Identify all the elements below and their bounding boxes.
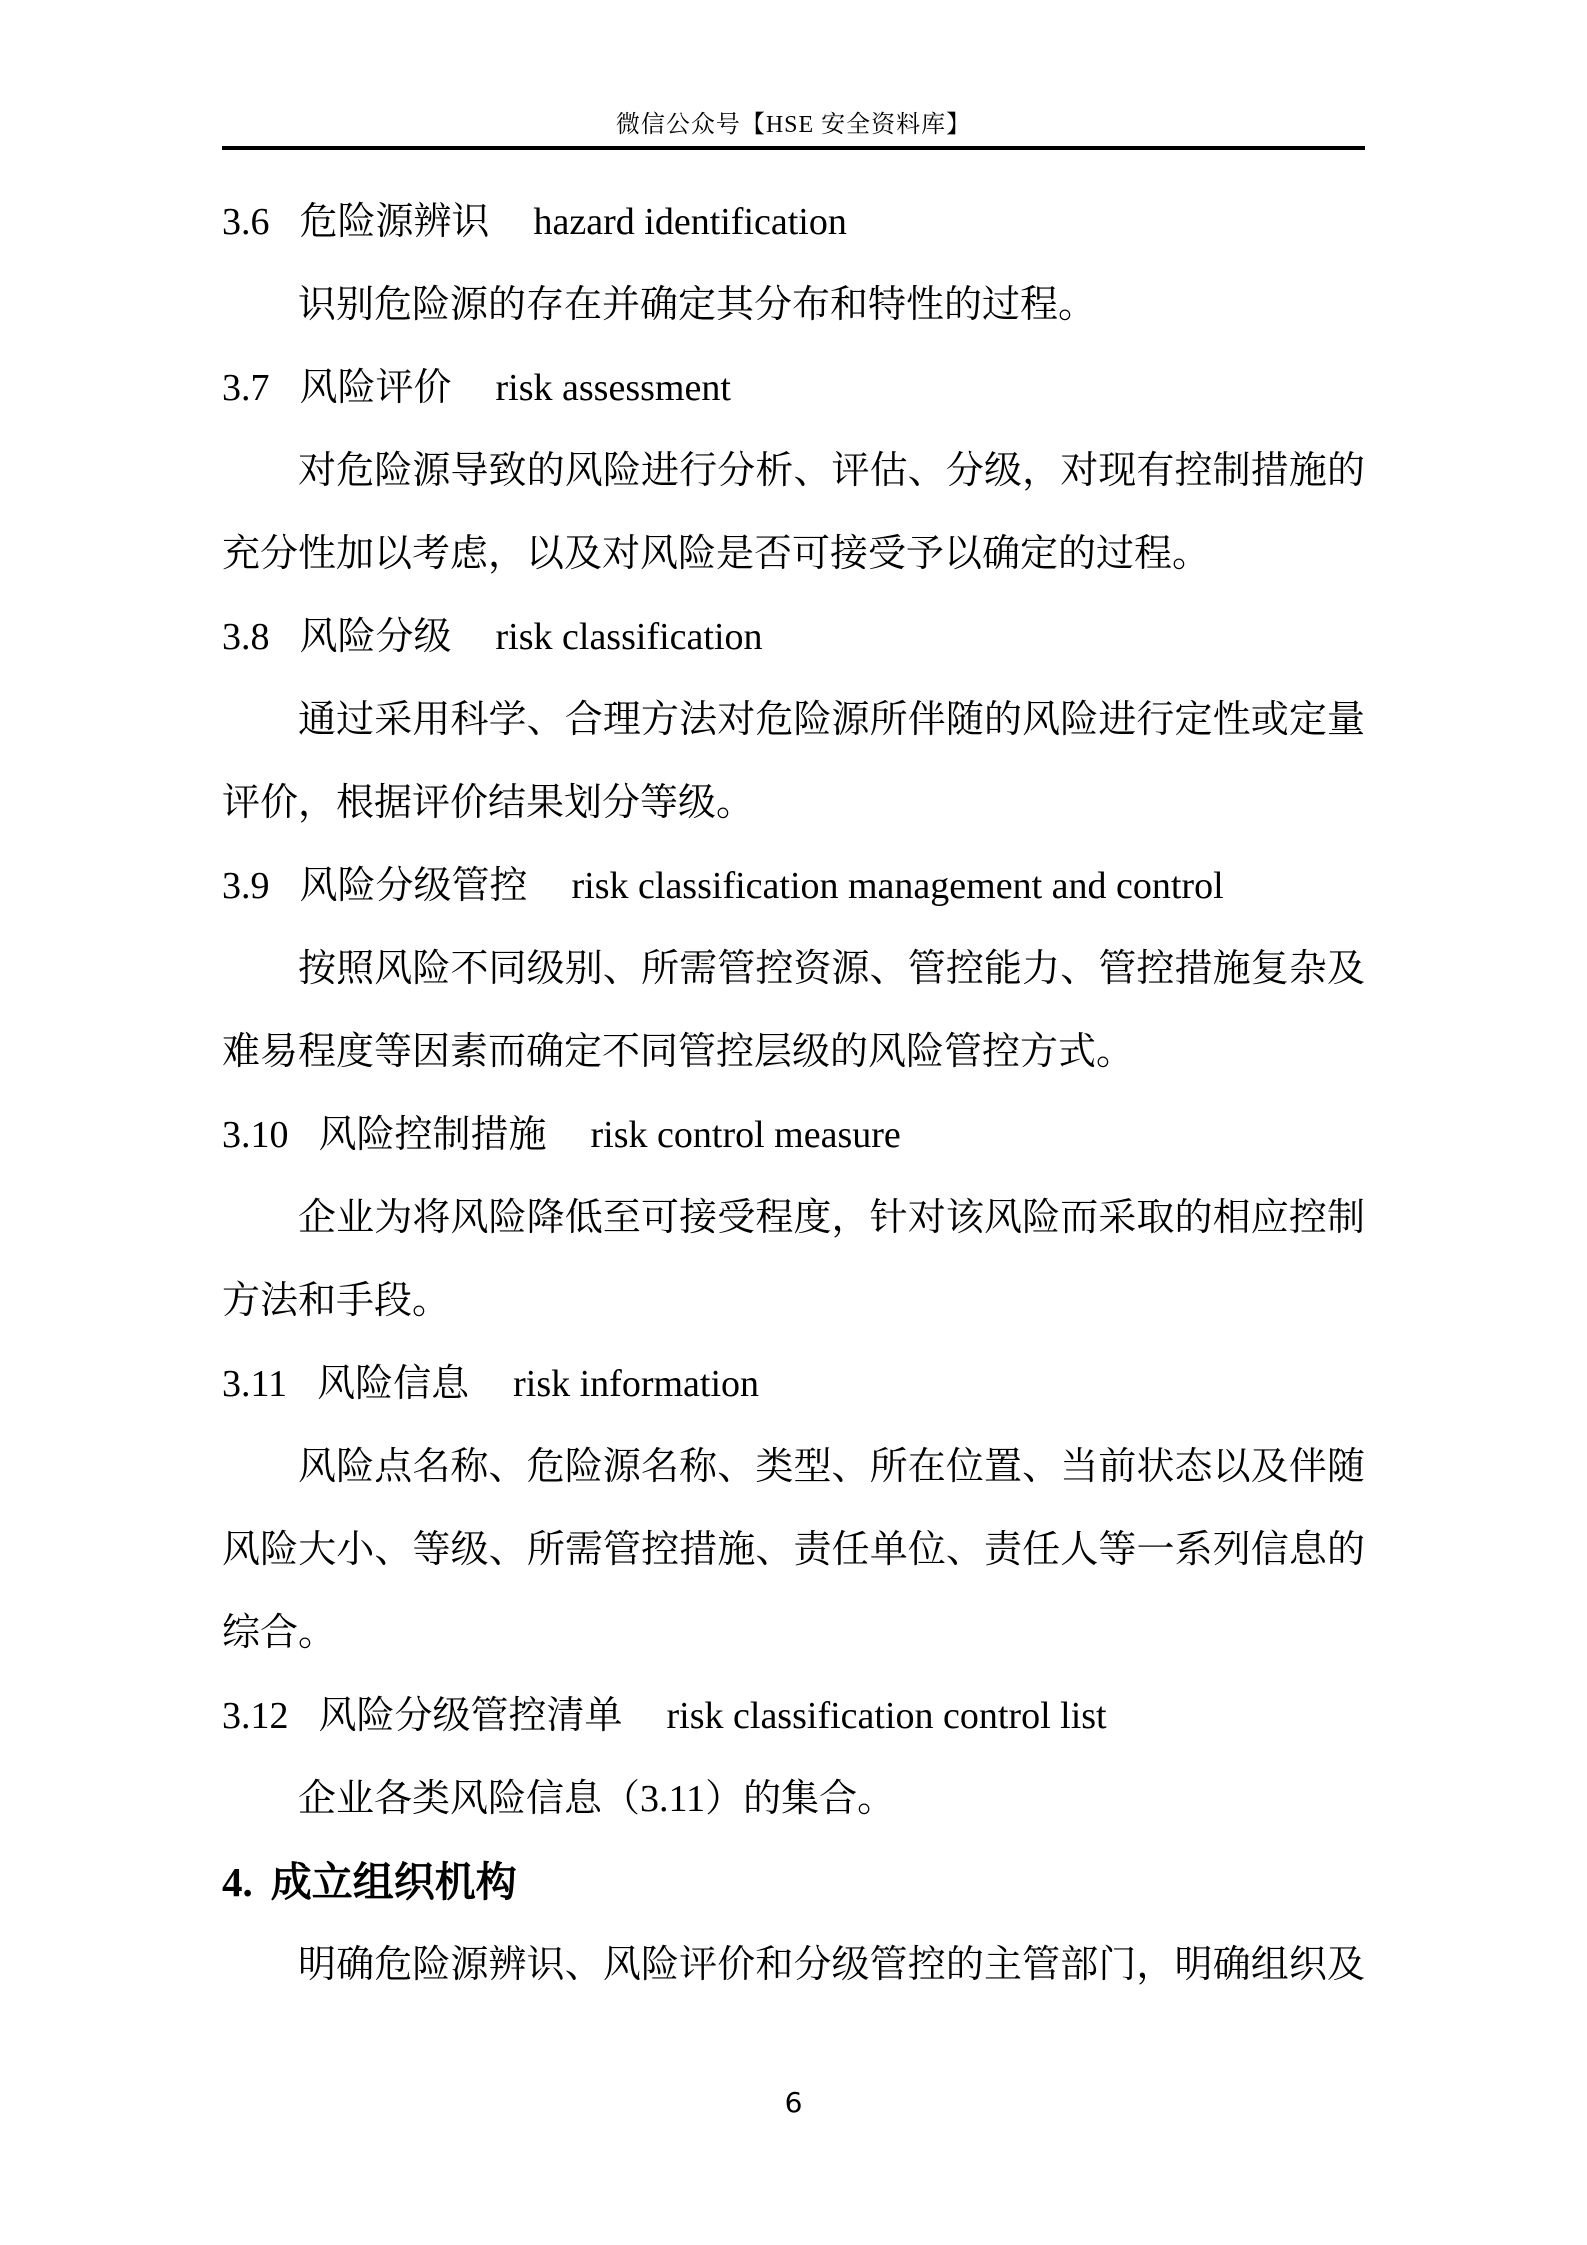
page-header-text: 微信公众号【HSE 安全资料库】 (0, 104, 1587, 139)
body-line: 按照风险不同级别、所需管控资源、管控能力、管控措施复杂及 (222, 928, 1365, 1011)
term-english: risk control measure (591, 1114, 901, 1156)
body-line: 风险点名称、危险源名称、类型、所在位置、当前状态以及伴随 (222, 1426, 1365, 1509)
body-line: 充分性加以考虑，以及对风险是否可接受予以确定的过程。 (222, 513, 1365, 596)
body-line: 综合。 (222, 1592, 1365, 1675)
body-line: 通过采用科学、合理方法对危险源所伴随的风险进行定性或定量 (222, 679, 1365, 762)
section-number: 3.11 (222, 1363, 287, 1405)
term-chinese: 风险信息 (317, 1363, 469, 1405)
term-heading: 3.7风险评价risk assessment (222, 347, 1365, 430)
body-line: 企业各类风险信息（3.11）的集合。 (222, 1758, 1365, 1841)
document-content: 3.6危险源辨识hazard identification识别危险源的存在并确定… (222, 181, 1365, 2007)
body-line: 难易程度等因素而确定不同管控层级的风险管控方式。 (222, 1011, 1365, 1094)
chapter-heading: 4.成立组织机构 (222, 1841, 1365, 1924)
term-english: risk classification (496, 616, 763, 658)
body-line: 评价，根据评价结果划分等级。 (222, 762, 1365, 845)
term-heading: 3.8风险分级risk classification (222, 596, 1365, 679)
section-number: 3.6 (222, 201, 270, 243)
term-chinese: 危险源辨识 (300, 201, 490, 243)
section-number: 3.10 (222, 1114, 289, 1156)
term-heading: 3.6危险源辨识hazard identification (222, 181, 1365, 264)
section-number: 3.9 (222, 865, 270, 907)
term-english: risk assessment (496, 367, 731, 409)
body-line: 企业为将风险降低至可接受程度，针对该风险而采取的相应控制 (222, 1177, 1365, 1260)
term-chinese: 风险分级 (300, 616, 452, 658)
term-chinese: 风险分级管控清单 (319, 1695, 623, 1737)
section-number: 3.8 (222, 616, 270, 658)
body-line: 风险大小、等级、所需管控措施、责任单位、责任人等一系列信息的 (222, 1509, 1365, 1592)
section-number: 3.7 (222, 367, 270, 409)
term-heading: 3.9风险分级管控risk classification management … (222, 845, 1365, 928)
page-number: 6 (0, 2086, 1587, 2119)
body-line: 明确危险源辨识、风险评价和分级管控的主管部门，明确组织及 (222, 1924, 1365, 2007)
chapter-title: 成立组织机构 (271, 1859, 517, 1905)
body-line: 识别危险源的存在并确定其分布和特性的过程。 (222, 264, 1365, 347)
body-line: 对危险源导致的风险进行分析、评估、分级，对现有控制措施的 (222, 430, 1365, 513)
term-chinese: 风险控制措施 (319, 1114, 547, 1156)
term-english: risk information (513, 1363, 759, 1405)
section-number: 3.12 (222, 1695, 289, 1737)
term-chinese: 风险分级管控 (300, 865, 528, 907)
term-heading: 3.11风险信息risk information (222, 1343, 1365, 1426)
header-divider-line (222, 146, 1365, 150)
term-heading: 3.10风险控制措施risk control measure (222, 1094, 1365, 1177)
term-heading: 3.12风险分级管控清单risk classification control … (222, 1675, 1365, 1758)
document-page: 微信公众号【HSE 安全资料库】 3.6危险源辨识hazard identifi… (0, 0, 1587, 2245)
term-chinese: 风险评价 (300, 367, 452, 409)
term-english: hazard identification (534, 201, 847, 243)
term-english: risk classification management and contr… (572, 865, 1224, 907)
chapter-number: 4. (222, 1859, 253, 1905)
body-line: 方法和手段。 (222, 1260, 1365, 1343)
term-english: risk classification control list (667, 1695, 1107, 1737)
